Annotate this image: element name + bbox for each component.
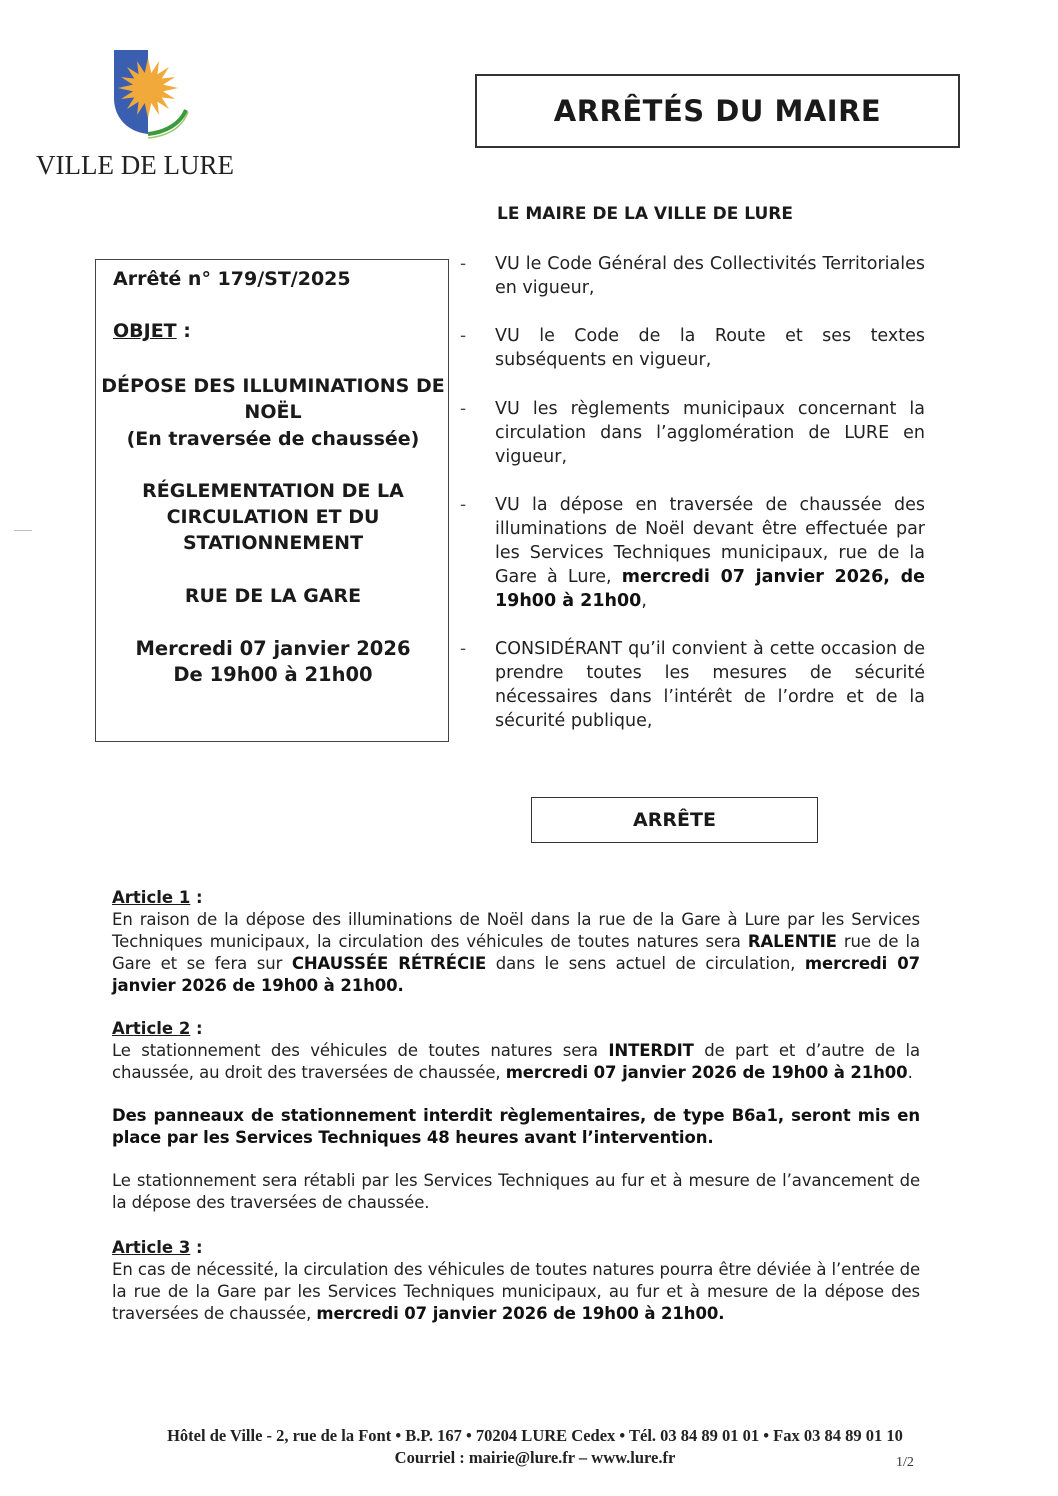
article-title-colon: : <box>190 1019 202 1038</box>
visa-dash: - <box>460 493 495 613</box>
emphasis-chaussee-retrecie: CHAUSSÉE RÉTRÉCIE <box>292 954 486 973</box>
visa-text-end: , <box>641 591 647 611</box>
footer-address: Hôtel de Ville - 2, rue de la Font • B.P… <box>0 1426 1058 1446</box>
visa-text: VU la dépose en traversée de chaussée de… <box>495 493 925 613</box>
document-header-box: ARRÊTÉS DU MAIRE <box>475 74 960 148</box>
article-title: Article 2 : <box>112 1018 920 1040</box>
objet-regulation-text: RÉGLEMENTATION DE LA CIRCULATION ET DU S… <box>142 480 404 554</box>
signage-notice: Des panneaux de stationnement interdit r… <box>112 1106 920 1147</box>
objet-street: RUE DE LA GARE <box>100 583 446 609</box>
emphasis-date: mercredi 07 janvier 2026 de 19h00 à 21h0… <box>506 1063 908 1082</box>
text-run: dans le sens actuel de circulation, <box>486 954 805 973</box>
article-title-colon: : <box>190 888 202 907</box>
objet-title: DÉPOSE DES ILLUMINATIONS DE NOËL <box>100 373 446 425</box>
document-title: ARRÊTÉS DU MAIRE <box>554 94 881 128</box>
visa-dash: - <box>460 637 495 733</box>
article-title-colon: : <box>190 1238 202 1257</box>
visa-text: VU les règlements municipaux concernant … <box>495 397 925 469</box>
visa-item: - CONSIDÉRANT qu’il convient à cette occ… <box>460 637 925 733</box>
article-title: Article 1 : <box>112 887 920 909</box>
visa-text: CONSIDÉRANT qu’il convient à cette occas… <box>495 637 925 733</box>
objet-date-day: Mercredi 07 janvier 2026 <box>100 636 446 662</box>
article-2: Article 2 : Le stationnement des véhicul… <box>112 1018 920 1214</box>
text-run: Le stationnement des véhicules de toutes… <box>112 1041 608 1060</box>
article-title: Article 3 : <box>112 1237 920 1259</box>
objet-label: OBJET : <box>113 320 191 342</box>
objet-date-time: De 19h00 à 21h00 <box>100 662 446 688</box>
article-1: Article 1 : En raison de la dépose des i… <box>112 887 920 997</box>
text-run: . <box>908 1063 913 1082</box>
emphasis-ralentie: RALENTIE <box>748 932 837 951</box>
article-paragraph: En cas de nécessité, la circulation des … <box>112 1259 920 1325</box>
visa-text: VU le Code Général des Collectivités Ter… <box>495 252 925 300</box>
visa-dash: - <box>460 397 495 469</box>
visa-item: - VU le Code de la Route et ses textes s… <box>460 324 925 372</box>
decision-box: ARRÊTE <box>531 797 818 843</box>
visa-item: - VU les règlements municipaux concernan… <box>460 397 925 469</box>
visa-dash: - <box>460 252 495 300</box>
article-paragraph: Le stationnement des véhicules de toutes… <box>112 1040 920 1084</box>
article-title-text: Article 2 <box>112 1019 190 1038</box>
mayor-line: LE MAIRE DE LA VILLE DE LURE <box>497 204 793 224</box>
emphasis-interdit: INTERDIT <box>608 1041 693 1060</box>
article-title-text: Article 3 <box>112 1238 190 1257</box>
decision-label: ARRÊTE <box>633 809 716 831</box>
visa-item: - VU la dépose en traversée de chaussée … <box>460 493 925 613</box>
article-3: Article 3 : En cas de nécessité, la circ… <box>112 1237 920 1325</box>
city-coat-of-arms-icon <box>108 48 192 140</box>
page-number: 1/2 <box>896 1455 914 1471</box>
visa-text: VU le Code de la Route et ses textes sub… <box>495 324 925 372</box>
objet-label-text: OBJET <box>113 320 177 342</box>
article-paragraph: En raison de la dépose des illuminations… <box>112 909 920 997</box>
objet-subtitle: (En traversée de chaussée) <box>100 426 446 452</box>
city-name: VILLE DE LURE <box>36 150 276 181</box>
visa-dash: - <box>460 324 495 372</box>
objet-colon: : <box>177 320 191 342</box>
objet-date: Mercredi 07 janvier 2026 De 19h00 à 21h0… <box>100 636 446 688</box>
article-title-text: Article 1 <box>112 888 190 907</box>
article-paragraph-bold: Des panneaux de stationnement interdit r… <box>112 1105 920 1149</box>
arrete-number: Arrêté n° 179/ST/2025 <box>113 268 351 290</box>
article-paragraph: Le stationnement sera rétabli par les Se… <box>112 1170 920 1214</box>
emphasis-date: mercredi 07 janvier 2026 de 19h00 à 21h0… <box>316 1304 724 1323</box>
objet-regulation: RÉGLEMENTATION DE LA CIRCULATION ET DU S… <box>100 478 446 556</box>
scan-margin-mark <box>14 530 32 531</box>
visa-item: - VU le Code Général des Collectivités T… <box>460 252 925 300</box>
